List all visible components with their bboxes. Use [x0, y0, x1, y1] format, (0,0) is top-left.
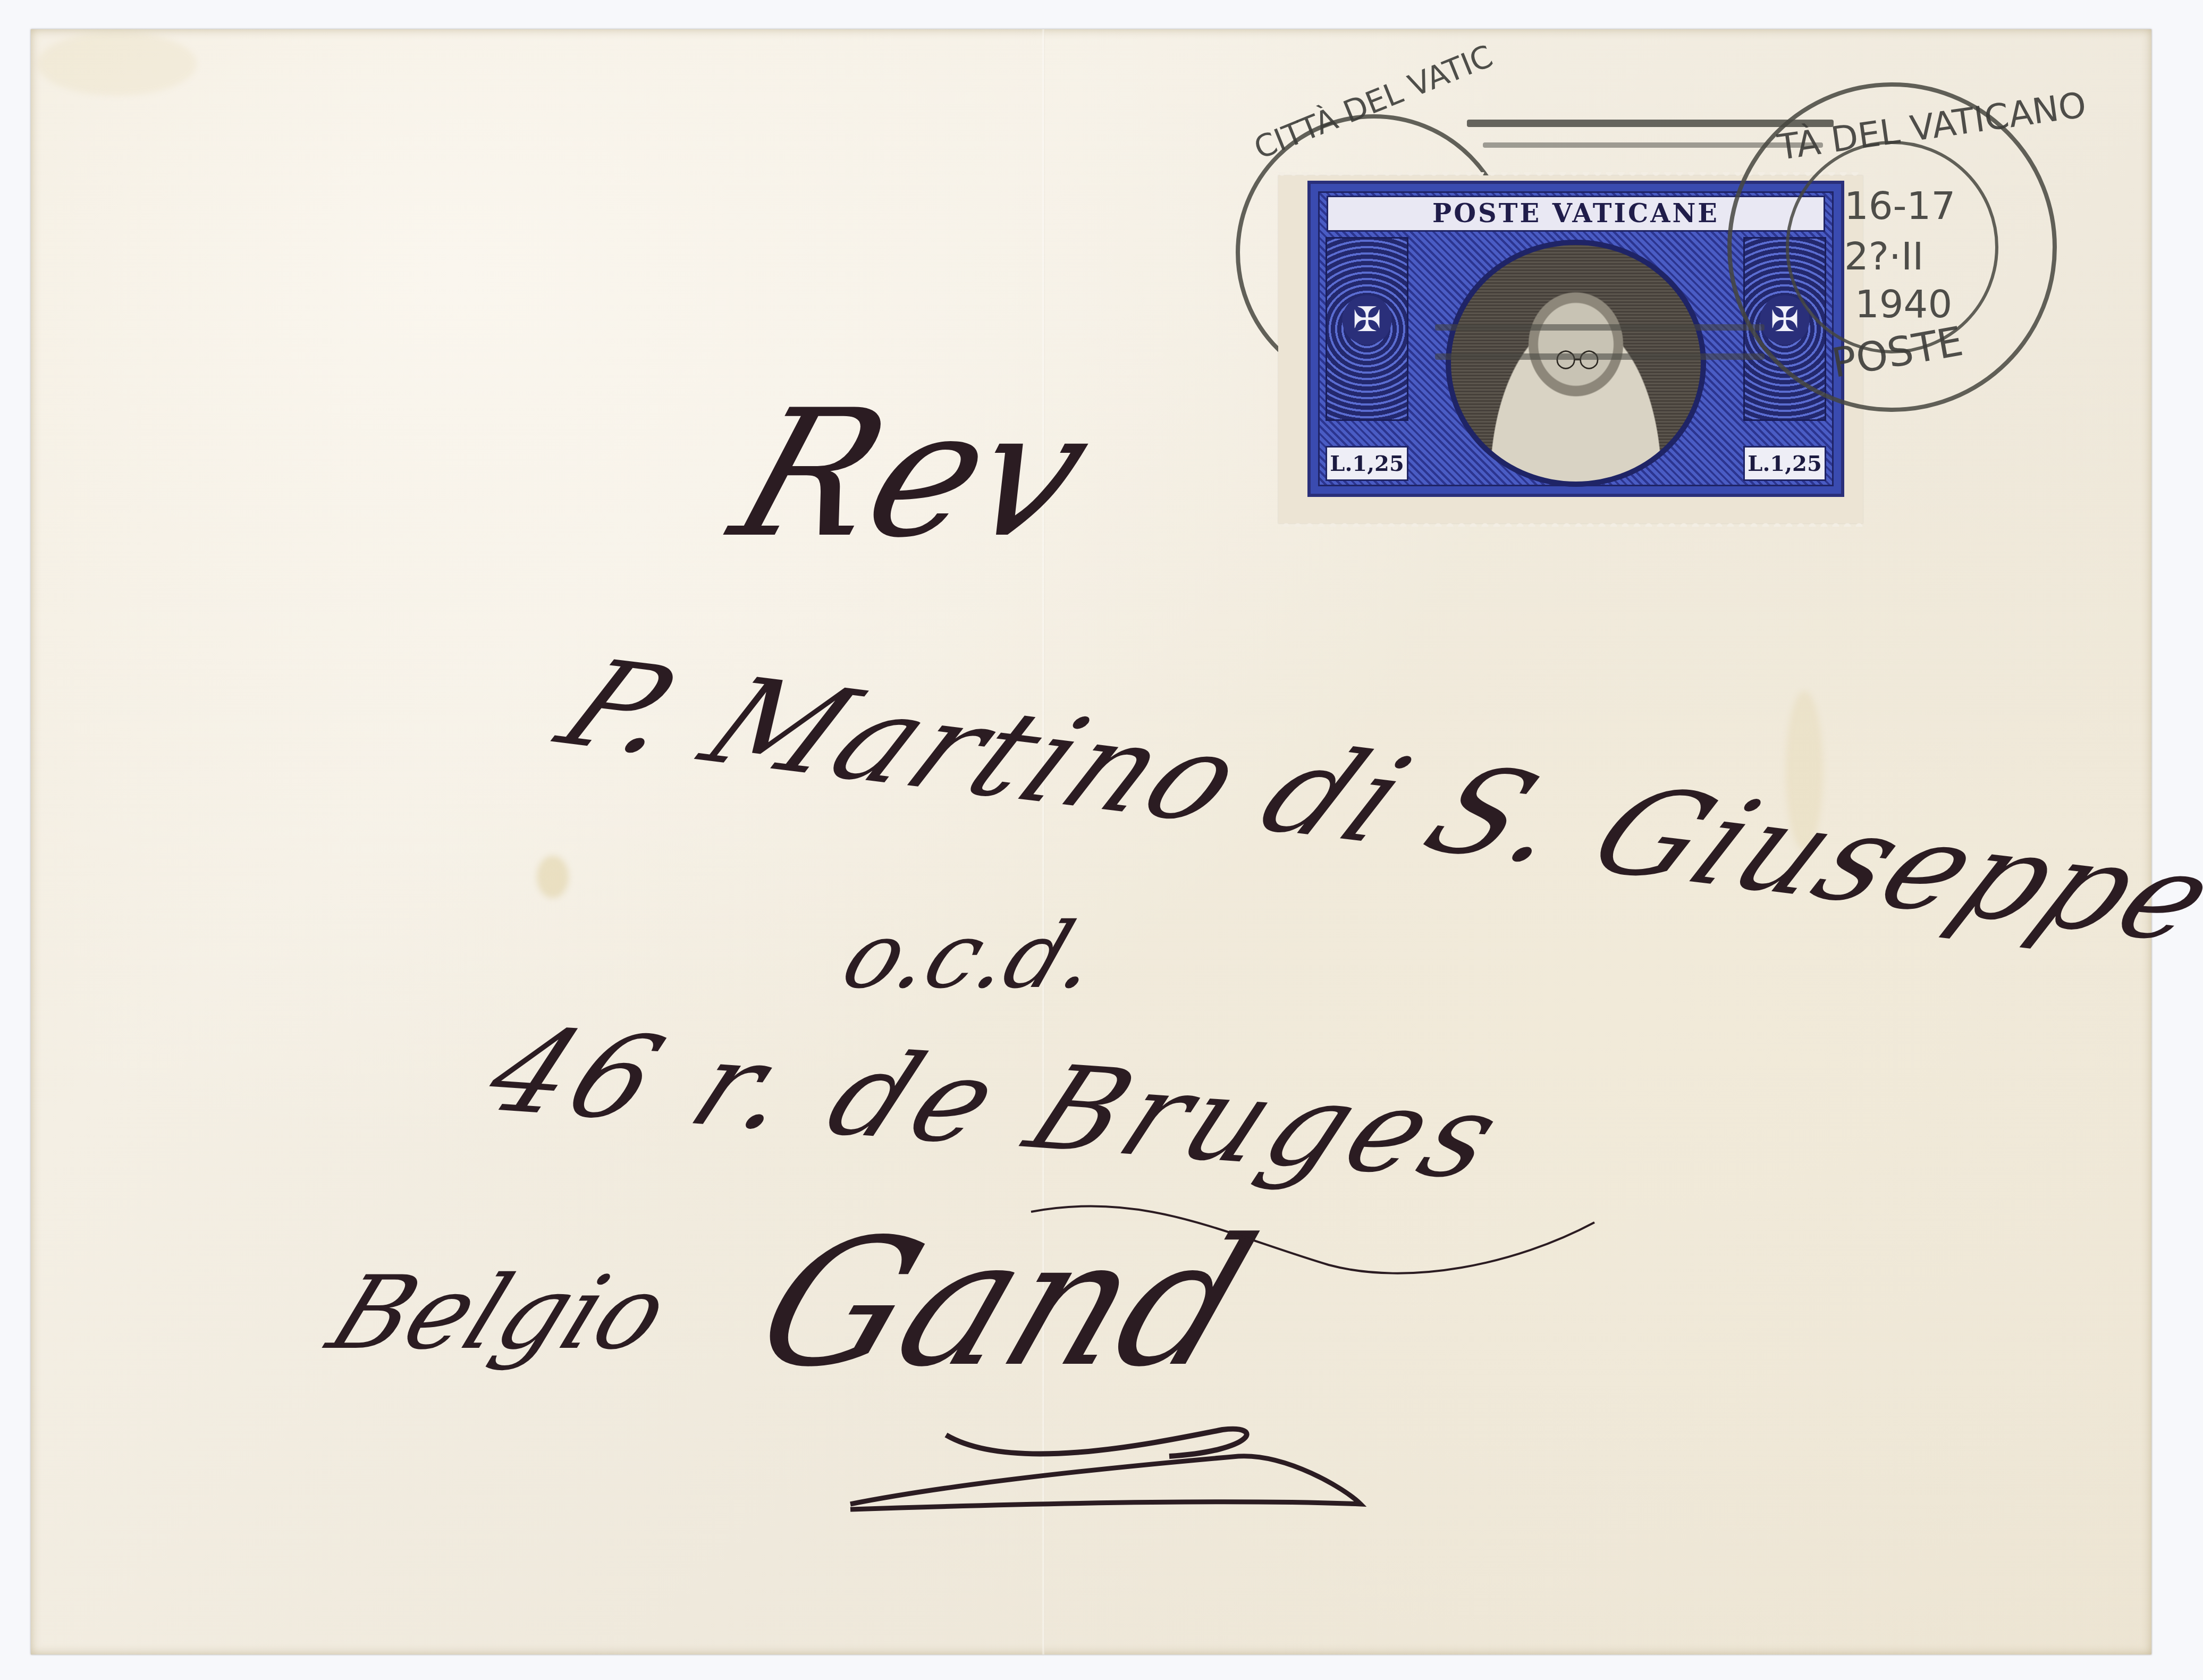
stamp-side-panel-left: ✠: [1326, 237, 1408, 421]
cancel-bar: [1435, 324, 1765, 331]
address-line-order: o.c.d.: [829, 904, 1115, 1009]
envelope-fold-crease: [1042, 29, 1045, 1654]
stamp-denomination-right: L.1,25: [1743, 446, 1826, 481]
stamp-portrait: ○-○: [1446, 240, 1706, 487]
address-country: Belgio: [314, 1254, 685, 1372]
foxing-stain: [37, 32, 197, 96]
postmark-right-year: 1940: [1855, 282, 1952, 326]
postmark-right-date: 2?·II: [1844, 234, 1923, 278]
cancel-bar: [1435, 353, 1765, 360]
address-line-title: Rev: [712, 372, 1113, 576]
postmark-right-time: 16-17: [1844, 183, 1955, 228]
cancel-bar: [1467, 120, 1834, 127]
address-city: Gand: [733, 1201, 1278, 1405]
stamp-denomination-left: L.1,25: [1326, 446, 1408, 481]
foxing-stain: [537, 856, 569, 898]
cross-icon: ✠: [1348, 301, 1386, 339]
